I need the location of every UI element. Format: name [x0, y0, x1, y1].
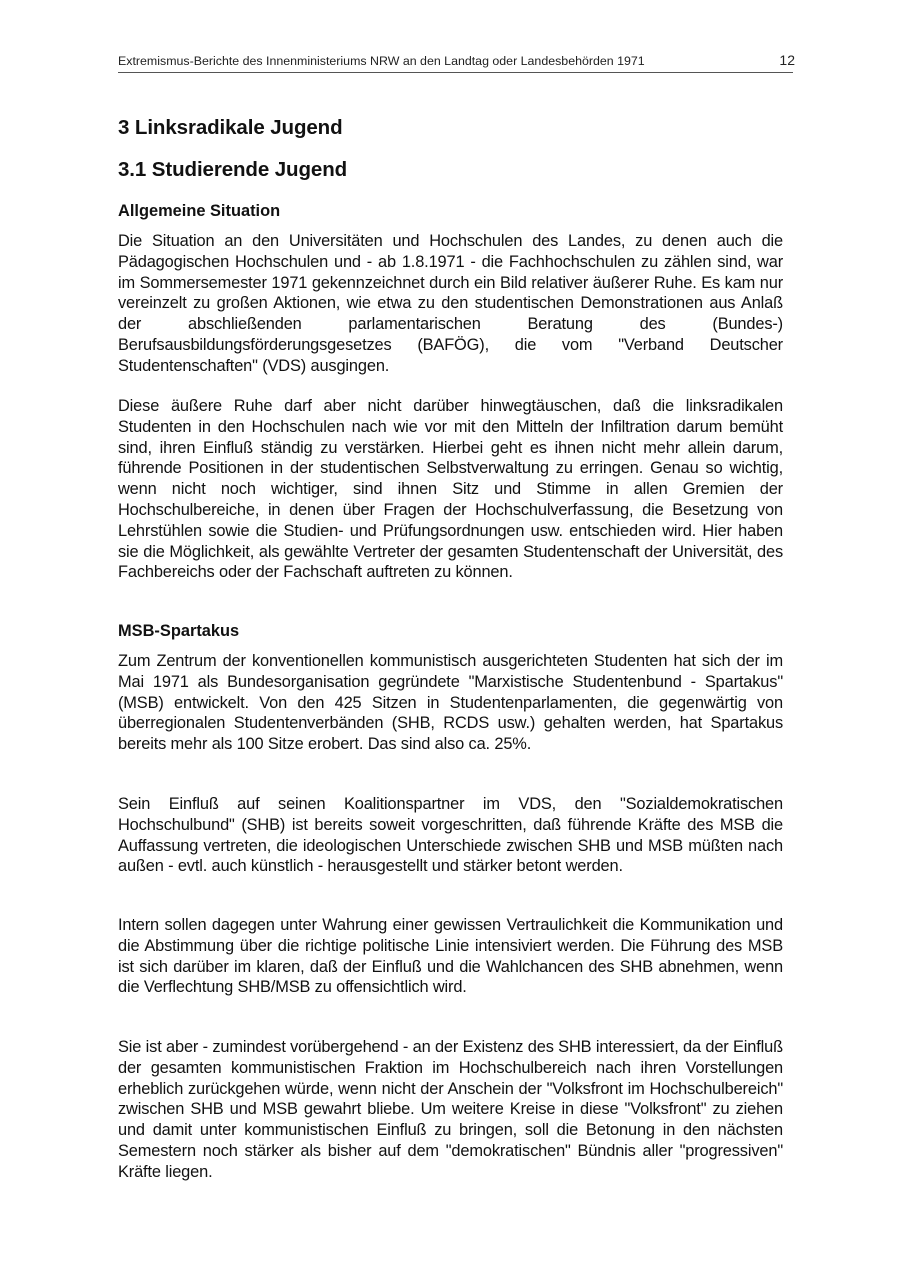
running-header-title: Extremismus-Berichte des Innenministeriu…: [118, 54, 645, 68]
running-header: Extremismus-Berichte des Innenministeriu…: [118, 54, 793, 73]
paragraph: Sein Einfluß auf seinen Koalitionspartne…: [118, 794, 783, 877]
section-heading: 3.1 Studierende Jugend: [118, 158, 347, 182]
page-number: 12: [779, 52, 795, 68]
paragraph: Zum Zentrum der konventionellen kommunis…: [118, 651, 783, 755]
paragraph: Die Situation an den Universitäten und H…: [118, 231, 783, 377]
subsection-heading-allgemeine-situation: Allgemeine Situation: [118, 202, 280, 221]
chapter-heading: 3 Linksradikale Jugend: [118, 116, 343, 140]
paragraph: Diese äußere Ruhe darf aber nicht darübe…: [118, 396, 783, 583]
subsection-heading-msb-spartakus: MSB-Spartakus: [118, 622, 239, 641]
paragraph: Sie ist aber - zumindest vorübergehend -…: [118, 1037, 783, 1183]
paragraph: Intern sollen dagegen unter Wahrung eine…: [118, 915, 783, 998]
